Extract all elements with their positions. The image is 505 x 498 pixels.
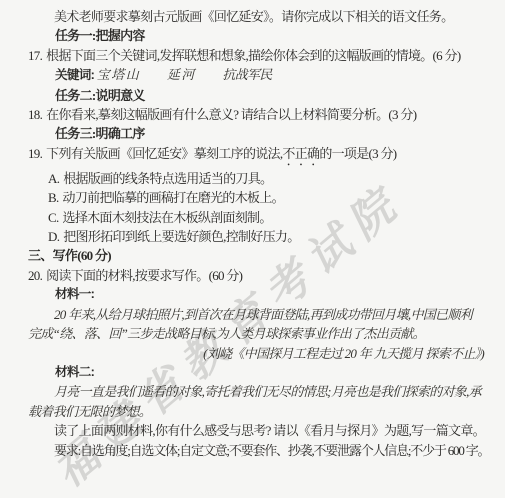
option-b-label: B.: [48, 190, 59, 205]
material-two-label: 材料二:: [55, 363, 492, 382]
question-17-stem: 17.根据下面三个关键词,发挥联想和想象,描绘你体会到的这幅版画的情境。(6 分…: [28, 46, 492, 65]
keywords-line: 关键词: 宝塔山 延河 抗战军民: [55, 65, 492, 85]
option-a-label: A.: [48, 171, 59, 186]
keyword-yanhe: 延河: [167, 67, 196, 82]
intro-line: 美术老师要求摹刻古元版画《回忆延安》。请你完成以下相关的语文任务。: [28, 7, 492, 26]
exam-paper-page: 福建省教育考试院 美术老师要求摹刻古元版画《回忆延安》。请你完成以下相关的语文任…: [0, 0, 505, 498]
exam-content: 美术老师要求摹刻古元版画《回忆延安》。请你完成以下相关的语文任务。 任务一:把握…: [0, 0, 505, 460]
option-b: B.动刀前把临摹的画稿打在磨光的木板上。: [48, 188, 492, 207]
material-one-label: 材料一:: [55, 285, 492, 304]
option-c-label: C.: [48, 210, 59, 225]
question-20-stem: 20.阅读下面的材料,按要求写作。(60 分): [28, 266, 492, 285]
option-d-text: 把图形拓印到纸上要选好颜色,控制好压力。: [63, 229, 299, 244]
question-18-stem: 18.在你看来,摹刻这幅版画有什么意义? 请结合以上材料简要分析。(3 分): [28, 105, 492, 124]
section-writing-heading: 三、写作(60 分): [28, 246, 492, 265]
writing-prompt-paragraph: 读了上面两则材料,你有什么感受与思考? 请以《看月与探月》为题,写一篇文章。: [28, 421, 492, 440]
question-19-text-after: 的一项是(3 分): [319, 146, 396, 161]
keywords-label: 关键词:: [55, 68, 94, 82]
task-one-heading: 任务一:把握内容: [55, 26, 492, 45]
question-19-stem: 19.下列有关版画《回忆延安》摹刻工序的说法,不正确的一项是(3 分): [28, 144, 492, 169]
material-two-paragraph: 月亮一直是我们遥看的对象,寄托着我们无尽的情思;月亮也是我们探索的对象,承载着我…: [28, 382, 484, 421]
question-20-text: 阅读下面的材料,按要求写作。(60 分): [46, 268, 242, 283]
task-two-heading: 任务二:说明意义: [55, 86, 492, 105]
question-20-number: 20.: [28, 268, 42, 283]
option-c: C.选择木面木刻技法在木板纵剖面刻制。: [48, 208, 492, 227]
question-17-text: 根据下面三个关键词,发挥联想和想象,描绘你体会到的这幅版画的情境。(6 分): [46, 48, 460, 63]
task-three-heading: 任务三:明确工序: [55, 124, 492, 143]
option-d: D.把图形拓印到纸上要选好颜色,控制好压力。: [48, 227, 492, 246]
option-a: A.根据版画的线条特点选用适当的刀具。: [48, 169, 492, 188]
material-one-paragraph: 20 年来,从给月球拍照片,到首次在月球背面登陆,再到成功带回月壤,中国已顺利完…: [28, 305, 484, 344]
question-18-number: 18.: [28, 107, 42, 122]
material-one-source: (刘峣《中国探月工程走过 20 年 九天揽月 探索不止》): [28, 344, 492, 363]
option-a-text: 根据版画的线条特点选用适当的刀具。: [63, 171, 272, 186]
question-19-text-before: 下列有关版画《回忆延安》摹刻工序的说法,: [46, 146, 282, 161]
question-19-number: 19.: [28, 146, 42, 161]
option-d-label: D.: [48, 229, 59, 244]
keyword-baotashan: 宝塔山: [97, 67, 141, 82]
question-17-number: 17.: [28, 48, 42, 63]
option-b-text: 动刀前把临摹的画稿打在磨光的木板上。: [63, 190, 284, 205]
writing-requirements-paragraph: 要求:自选角度;自选文体;自定文意;不要套作、抄袭,不要泄露个人信息;不少于 6…: [28, 441, 492, 460]
question-18-text: 在你看来,摹刻这幅版画有什么意义? 请结合以上材料简要分析。(3 分): [46, 107, 416, 122]
keyword-kangzhanjunmin: 抗战军民: [222, 67, 271, 82]
question-19-emphasized-text: 不正确: [282, 146, 319, 161]
option-c-text: 选择木面木刻技法在木板纵剖面刻制。: [63, 210, 272, 225]
